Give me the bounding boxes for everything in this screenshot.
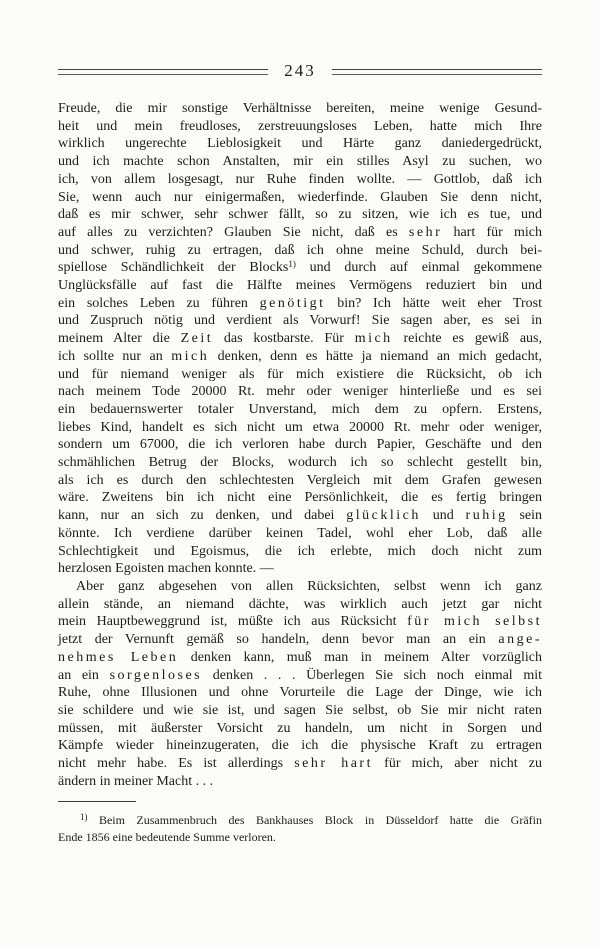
text-segment: heit und mein freudloses, zerstreuungslo… bbox=[58, 119, 542, 134]
text-segment: denken, denn es hätte ja niemand an mich… bbox=[209, 349, 542, 364]
text-segment: für mich, aber nicht zu bbox=[373, 756, 542, 771]
text-line: schmählichen Betrug der Blocks, wodurch … bbox=[58, 454, 542, 472]
text-line: nicht mehr habe. Es ist allerdings sehr … bbox=[58, 755, 542, 773]
text-segment: genötigt bbox=[260, 296, 326, 311]
text-segment: glücklich bbox=[346, 508, 421, 523]
text-line: 1) Beim Zusammenbruch des Bankhauses Blo… bbox=[58, 812, 542, 829]
text-segment: nach meinem Tode 20000 Rt. mehr oder wen… bbox=[58, 384, 542, 399]
text-segment: schmählichen Betrug der Blocks, wodurch … bbox=[58, 455, 542, 470]
text-line: als ich es durch den schlechtesten Vergl… bbox=[58, 472, 542, 490]
text-segment: Zeit bbox=[181, 331, 214, 346]
footnote-rule bbox=[58, 801, 136, 804]
text-segment: Ende 1856 eine bedeutende Summe verloren… bbox=[58, 830, 276, 844]
text-segment: sehr hart bbox=[294, 756, 373, 771]
text-segment: sein bbox=[508, 508, 542, 523]
text-line: heit und mein freudloses, zerstreuungslo… bbox=[58, 118, 542, 136]
text-line: spiellose Schändlichkeit der Blocks1) un… bbox=[58, 259, 542, 277]
text-segment: Freude, die mir sonstige Verhältnisse be… bbox=[58, 101, 542, 116]
book-page: 243 Freude, die mir sonstige Verhältniss… bbox=[0, 0, 600, 950]
text-segment: jetzt der Vernunft gemäß so handeln, den… bbox=[58, 632, 498, 647]
text-segment: sondern um 67000, die ich verloren habe … bbox=[58, 437, 542, 452]
text-segment: und durch auf einmal gekommene bbox=[296, 260, 542, 275]
text-line: ändern in meiner Macht . . . bbox=[58, 773, 542, 791]
text-segment: und Zuspruch nötig und verdient als Vorw… bbox=[58, 313, 542, 328]
text-segment: ich sollte nur an bbox=[58, 349, 171, 364]
text-line: wirklich ungerechte Lieblosigkeit und Hä… bbox=[58, 135, 542, 153]
text-segment: Beim Zusammenbruch des Bankhauses Block … bbox=[88, 813, 543, 827]
text-line: meinem Alter die Zeit das kostbarste. Fü… bbox=[58, 330, 542, 348]
text-line: Freude, die mir sonstige Verhältnisse be… bbox=[58, 100, 542, 118]
text-line: an ein sorgenloses denken . . . Überlege… bbox=[58, 667, 542, 685]
text-segment: an ein bbox=[58, 668, 110, 683]
text-segment: nicht mehr habe. Es ist allerdings bbox=[58, 756, 294, 771]
text-line: ein solches Leben zu führen genötigt bin… bbox=[58, 295, 542, 313]
text-segment: meinem Alter die bbox=[58, 331, 181, 346]
text-line: sondern um 67000, die ich verloren habe … bbox=[58, 436, 542, 454]
text-line: und für niemand weniger als für mich exi… bbox=[58, 366, 542, 384]
text-line: herzlosen Egoisten machen konnte. — bbox=[58, 560, 542, 578]
text-segment: müssen, mit äußerster Vorsicht zu handel… bbox=[58, 721, 542, 736]
text-segment: mein Hauptbeweggrund ist, müßte ich aus … bbox=[58, 614, 407, 629]
text-segment: reichte es gewiß aus, bbox=[393, 331, 542, 346]
text-segment: Sie, wenn auch nur einigermaßen, wiederf… bbox=[58, 190, 542, 205]
text-segment: sorgenloses bbox=[110, 668, 203, 683]
text-segment: spiellose Schändlichkeit der Blocks bbox=[58, 260, 288, 275]
text-segment: sie schildere und wie sie ist, und sagen… bbox=[58, 703, 542, 718]
text-segment: denken . . . Überlegen Sie sich noch ein… bbox=[202, 668, 542, 683]
text-line: allein stände, an niemand dächte, was wi… bbox=[58, 596, 542, 614]
text-line: ich sollte nur an mich denken, denn es h… bbox=[58, 348, 542, 366]
text-line: Schlechtigkeit und Egoismus, die ich erl… bbox=[58, 543, 542, 561]
text-line: und Zuspruch nötig und verdient als Vorw… bbox=[58, 312, 542, 330]
text-segment: Ruhe, ohne Illusionen und ohne Vorurteil… bbox=[58, 685, 542, 700]
text-line: könnte. Ich verdiene darüber keinen Tade… bbox=[58, 525, 542, 543]
text-line: müssen, mit äußerster Vorsicht zu handel… bbox=[58, 720, 542, 738]
footnote-reference-mark: 1) bbox=[80, 812, 88, 822]
text-segment: nehmes Leben bbox=[58, 650, 178, 665]
text-segment: kann, nur an sich zu denken, und dabei bbox=[58, 508, 346, 523]
text-segment: könnte. Ich verdiene darüber keinen Tade… bbox=[58, 526, 542, 541]
text-segment: und ich machte schon Anstalten, mir ein … bbox=[58, 154, 542, 169]
text-line: und schwer, ruhig zu ertragen, daß ich o… bbox=[58, 242, 542, 260]
footnote: 1) Beim Zusammenbruch des Bankhauses Blo… bbox=[58, 812, 542, 846]
footnote-reference-mark: 1) bbox=[288, 259, 296, 269]
text-segment: liebes Kind, handelt es sich nicht um et… bbox=[58, 420, 542, 435]
text-line: auf alles zu verzichten? Glauben Sie nic… bbox=[58, 224, 542, 242]
text-segment: Kämpfe wieder hineinzugeraten, die ich d… bbox=[58, 738, 542, 753]
text-segment: Aber ganz abgesehen von allen Rücksichte… bbox=[76, 579, 542, 594]
page-number: 243 bbox=[268, 61, 332, 81]
text-line: liebes Kind, handelt es sich nicht um et… bbox=[58, 419, 542, 437]
text-segment: ich, von allem losgesagt, nur Ruhe finde… bbox=[58, 172, 542, 187]
text-segment: und schwer, ruhig zu ertragen, daß ich o… bbox=[58, 243, 542, 258]
text-line: ich, von allem losgesagt, nur Ruhe finde… bbox=[58, 171, 542, 189]
text-segment: sehr bbox=[409, 225, 442, 240]
text-segment: das kostbarste. Für bbox=[213, 331, 355, 346]
text-line: sie schildere und wie sie ist, und sagen… bbox=[58, 702, 542, 720]
text-segment: Schlechtigkeit und Egoismus, die ich erl… bbox=[58, 544, 542, 559]
text-line: Aber ganz abgesehen von allen Rücksichte… bbox=[58, 578, 542, 596]
text-segment: herzlosen Egoisten machen konnte. — bbox=[58, 561, 274, 576]
text-line: ein bedauernswerter totaler Unverstand, … bbox=[58, 401, 542, 419]
text-segment: und bbox=[421, 508, 466, 523]
header-rule-left bbox=[58, 69, 268, 75]
text-segment: für mich selbst bbox=[407, 614, 542, 629]
text-segment: ein solches Leben zu führen bbox=[58, 296, 260, 311]
text-line: Ende 1856 eine bedeutende Summe verloren… bbox=[58, 829, 542, 846]
text-line: Unglücksfälle auf fast die Hälfte meines… bbox=[58, 277, 542, 295]
text-line: kann, nur an sich zu denken, und dabei g… bbox=[58, 507, 542, 525]
text-segment: hart für mich bbox=[442, 225, 542, 240]
text-segment: mich bbox=[355, 331, 393, 346]
text-line: nach meinem Tode 20000 Rt. mehr oder wen… bbox=[58, 383, 542, 401]
text-segment: als ich es durch den schlechtesten Vergl… bbox=[58, 473, 542, 488]
text-line: wäre. Zweitens bin ich nicht eine Persön… bbox=[58, 489, 542, 507]
text-segment: Unglücksfälle auf fast die Hälfte meines… bbox=[58, 278, 542, 293]
letter-body-text: Freude, die mir sonstige Verhältnisse be… bbox=[58, 100, 542, 790]
text-segment: denken kann, muß man in meinem Alter vor… bbox=[178, 650, 542, 665]
header-rule-right bbox=[332, 69, 542, 75]
text-line: Sie, wenn auch nur einigermaßen, wiederf… bbox=[58, 189, 542, 207]
text-segment: ändern in meiner Macht . . . bbox=[58, 774, 213, 789]
text-segment: wäre. Zweitens bin ich nicht eine Persön… bbox=[58, 490, 542, 505]
text-segment: mich bbox=[171, 349, 209, 364]
text-line: Kämpfe wieder hineinzugeraten, die ich d… bbox=[58, 737, 542, 755]
text-segment: daß es mir schwer, sehr schwer fällt, so… bbox=[58, 207, 542, 222]
page-header: 243 bbox=[58, 62, 542, 82]
text-line: Ruhe, ohne Illusionen und ohne Vorurteil… bbox=[58, 684, 542, 702]
text-line: und ich machte schon Anstalten, mir ein … bbox=[58, 153, 542, 171]
text-segment: und für niemand weniger als für mich exi… bbox=[58, 367, 542, 382]
text-line: mein Hauptbeweggrund ist, müßte ich aus … bbox=[58, 613, 542, 631]
text-line: jetzt der Vernunft gemäß so handeln, den… bbox=[58, 631, 542, 649]
text-segment: ruhig bbox=[466, 508, 508, 523]
text-segment: ein bedauernswerter totaler Unverstand, … bbox=[58, 402, 542, 417]
text-segment: auf alles zu verzichten? Glauben Sie nic… bbox=[58, 225, 409, 240]
text-line: daß es mir schwer, sehr schwer fällt, so… bbox=[58, 206, 542, 224]
text-segment: bin? Ich hätte weit eher Trost bbox=[326, 296, 542, 311]
text-segment: allein stände, an niemand dächte, was wi… bbox=[58, 597, 542, 612]
text-segment: wirklich ungerechte Lieblosigkeit und Hä… bbox=[58, 136, 542, 151]
text-segment: ange- bbox=[498, 632, 542, 647]
text-line: nehmes Leben denken kann, muß man in mei… bbox=[58, 649, 542, 667]
